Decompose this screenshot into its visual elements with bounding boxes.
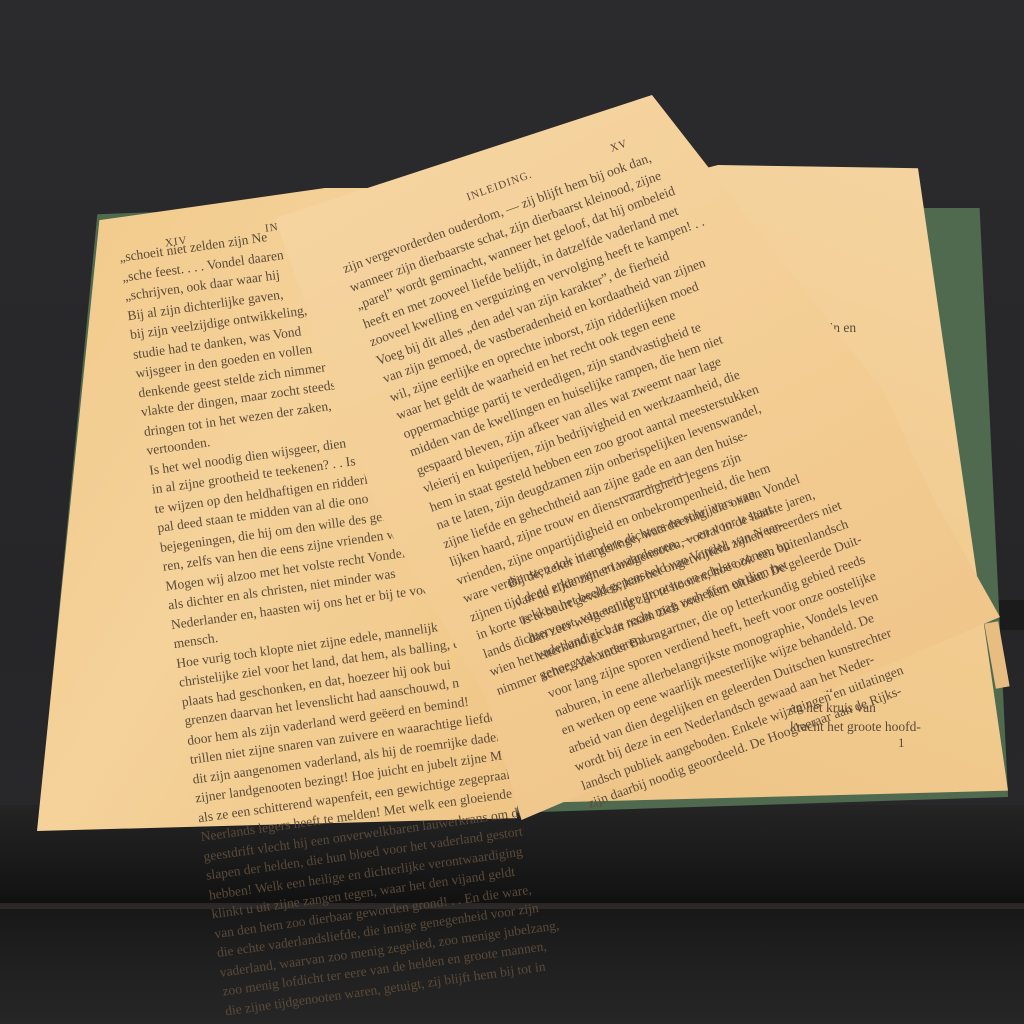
photo-scene: XIV IN „schoeit niet zelden zijn Ne„sche… xyxy=(0,0,1024,1024)
right-page-number: 1 xyxy=(898,735,906,751)
